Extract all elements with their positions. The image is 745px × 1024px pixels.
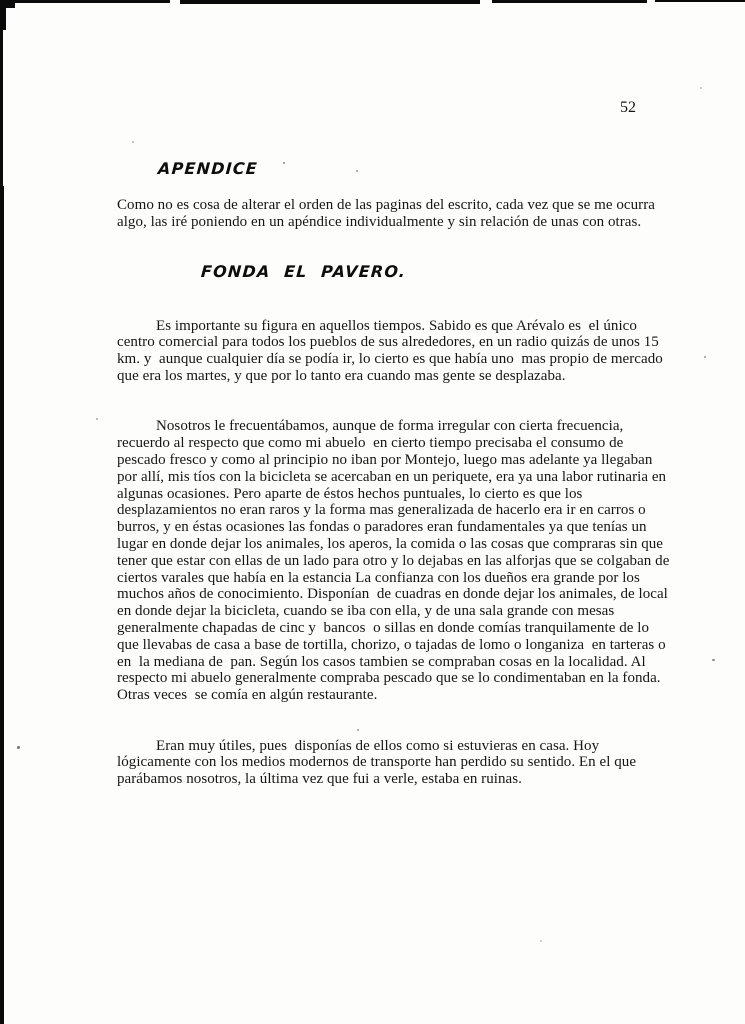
scan-speck bbox=[712, 659, 715, 661]
scan-edge-artifact bbox=[0, 0, 6, 30]
scan-edge-artifact bbox=[492, 0, 647, 3]
page-number: 52 bbox=[620, 99, 636, 117]
section-heading: FONDA EL PAVERO. bbox=[200, 262, 406, 281]
scan-edge-artifact bbox=[0, 186, 4, 516]
scan-speck bbox=[704, 356, 706, 358]
scan-speck bbox=[132, 141, 134, 143]
scan-speck bbox=[17, 746, 20, 749]
appendix-heading: APENDICE bbox=[157, 159, 258, 178]
scan-speck bbox=[356, 170, 358, 172]
body-text-block: Es importante su figura en aquellos tiem… bbox=[117, 284, 669, 822]
scan-edge-artifact bbox=[180, 0, 480, 4]
body-paragraph: Es importante su figura en aquellos tiem… bbox=[117, 318, 669, 385]
intro-paragraph: Como no es cosa de alterar el orden de l… bbox=[117, 197, 655, 231]
scan-speck bbox=[700, 87, 702, 89]
scan-edge-artifact bbox=[0, 28, 3, 188]
scanned-document-page: 52 APENDICE Como no es cosa de alterar e… bbox=[0, 0, 745, 1024]
scan-speck bbox=[283, 162, 285, 164]
body-paragraph: Nosotros le frecuentábamos, aunque de fo… bbox=[117, 418, 669, 704]
scan-edge-artifact bbox=[0, 0, 170, 3]
scan-edge-artifact bbox=[0, 514, 4, 1024]
scan-edge-artifact bbox=[655, 0, 745, 2]
scan-speck bbox=[540, 940, 542, 942]
body-paragraph: Eran muy útiles, pues disponías de ellos… bbox=[117, 738, 669, 788]
scan-speck bbox=[96, 418, 98, 420]
